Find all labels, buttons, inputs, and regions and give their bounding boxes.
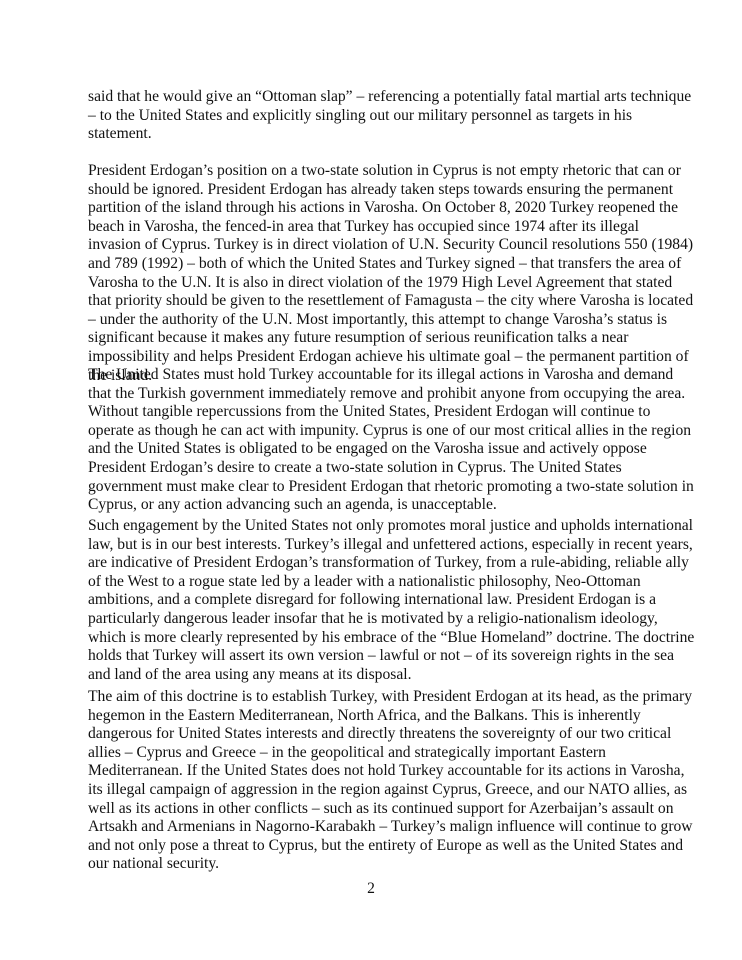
text-line: ambitions, and a complete disregard for … bbox=[88, 591, 688, 610]
paragraph-1: said that he would give an “Ottoman slap… bbox=[88, 88, 688, 144]
page-number: 2 bbox=[0, 880, 742, 898]
text-line: significant because it makes any future … bbox=[88, 329, 688, 348]
text-line: operate as though he can act with impuni… bbox=[88, 422, 688, 441]
text-line: Such engagement by the United States not… bbox=[88, 517, 688, 536]
text-line: our national security. bbox=[88, 855, 688, 874]
text-line: which is more clearly represented by his… bbox=[88, 629, 688, 648]
text-line: government must make clear to President … bbox=[88, 478, 688, 497]
text-line: dangerous for United States interests an… bbox=[88, 725, 688, 744]
text-line: The aim of this doctrine is to establish… bbox=[88, 688, 688, 707]
text-line: President Erdogan’s desire to create a t… bbox=[88, 459, 688, 478]
text-line: holds that Turkey will assert its own ve… bbox=[88, 647, 688, 666]
paragraph-3: The United States must hold Turkey accou… bbox=[88, 366, 688, 515]
text-line: impossibility and helps President Erdoga… bbox=[88, 348, 688, 367]
text-line: Artsakh and Armenians in Nagorno-Karabak… bbox=[88, 818, 688, 837]
text-line: Cyprus, or any action advancing such an … bbox=[88, 496, 688, 515]
text-line: – to the United States and explicitly si… bbox=[88, 107, 688, 126]
text-line: well as its actions in other conflicts –… bbox=[88, 800, 688, 819]
document-page: said that he would give an “Ottoman slap… bbox=[0, 0, 742, 960]
text-line: are indicative of President Erdogan’s tr… bbox=[88, 554, 688, 573]
text-line: said that he would give an “Ottoman slap… bbox=[88, 88, 688, 107]
text-line: Varosha to the U.N. It is also in direct… bbox=[88, 274, 688, 293]
text-line: that priority should be given to the res… bbox=[88, 292, 688, 311]
text-line: and land of the area using any means at … bbox=[88, 666, 688, 685]
text-line: of the West to a rogue state led by a le… bbox=[88, 573, 688, 592]
text-line: beach in Varosha, the fenced-in area tha… bbox=[88, 218, 688, 237]
text-line: hegemon in the Eastern Mediterranean, No… bbox=[88, 707, 688, 726]
paragraph-2: President Erdogan’s position on a two-st… bbox=[88, 162, 688, 385]
text-line: invasion of Cyprus. Turkey is in direct … bbox=[88, 236, 688, 255]
text-line: and 789 (1992) – both of which the Unite… bbox=[88, 255, 688, 274]
text-line: that the Turkish government immediately … bbox=[88, 385, 688, 404]
text-line: and not only pose a threat to Cyprus, bu… bbox=[88, 837, 688, 856]
text-line: Without tangible repercussions from the … bbox=[88, 403, 688, 422]
paragraph-4: Such engagement by the United States not… bbox=[88, 517, 688, 684]
text-line: allies – Cyprus and Greece – in the geop… bbox=[88, 744, 688, 763]
text-line: statement. bbox=[88, 125, 688, 144]
text-line: its illegal campaign of aggression in th… bbox=[88, 781, 688, 800]
text-line: and the United States is obligated to be… bbox=[88, 440, 688, 459]
text-line: particularly dangerous leader insofar th… bbox=[88, 610, 688, 629]
text-line: Mediterranean. If the United States does… bbox=[88, 762, 688, 781]
text-line: – under the authority of the U.N. Most i… bbox=[88, 311, 688, 330]
text-line: law, but is in our best interests. Turke… bbox=[88, 536, 688, 555]
paragraph-5: The aim of this doctrine is to establish… bbox=[88, 688, 688, 874]
text-line: The United States must hold Turkey accou… bbox=[88, 366, 688, 385]
text-line: President Erdogan’s position on a two-st… bbox=[88, 162, 688, 181]
text-line: partition of the island through his acti… bbox=[88, 199, 688, 218]
text-line: should be ignored. President Erdogan has… bbox=[88, 181, 688, 200]
